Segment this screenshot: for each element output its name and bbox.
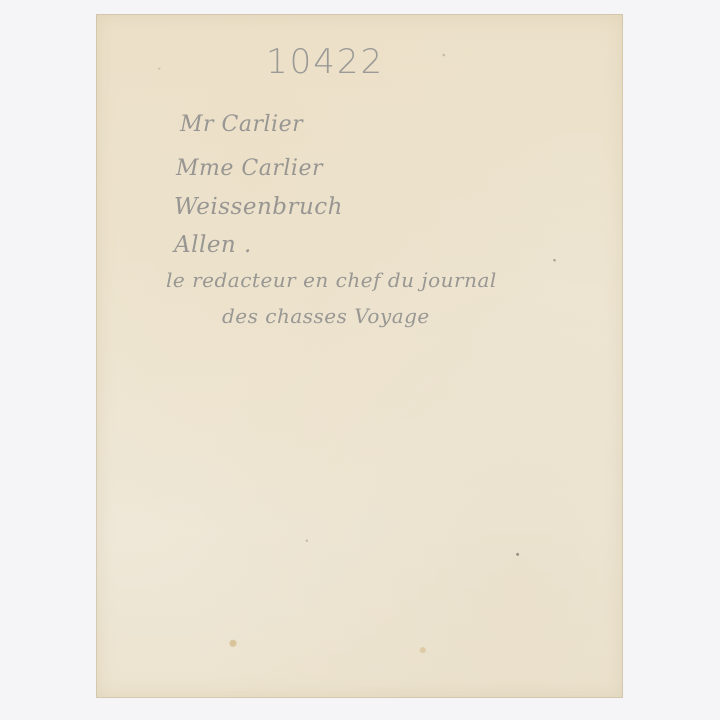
handwritten-line: Mr Carlier <box>180 112 303 137</box>
photo-card-back: 10422 Mr Carlier Mme Carlier Weissenbruc… <box>96 14 623 698</box>
scan-background: 10422 Mr Carlier Mme Carlier Weissenbruc… <box>0 0 720 720</box>
handwritten-line: Allen . <box>174 232 252 258</box>
handwritten-line: le redacteur en chef du journal <box>166 268 497 292</box>
handwritten-line: Weissenbruch <box>174 194 343 220</box>
handwritten-line: Mme Carlier <box>176 156 323 181</box>
catalog-number: 10422 <box>266 42 384 82</box>
handwritten-line: des chasses Voyage <box>222 304 430 328</box>
